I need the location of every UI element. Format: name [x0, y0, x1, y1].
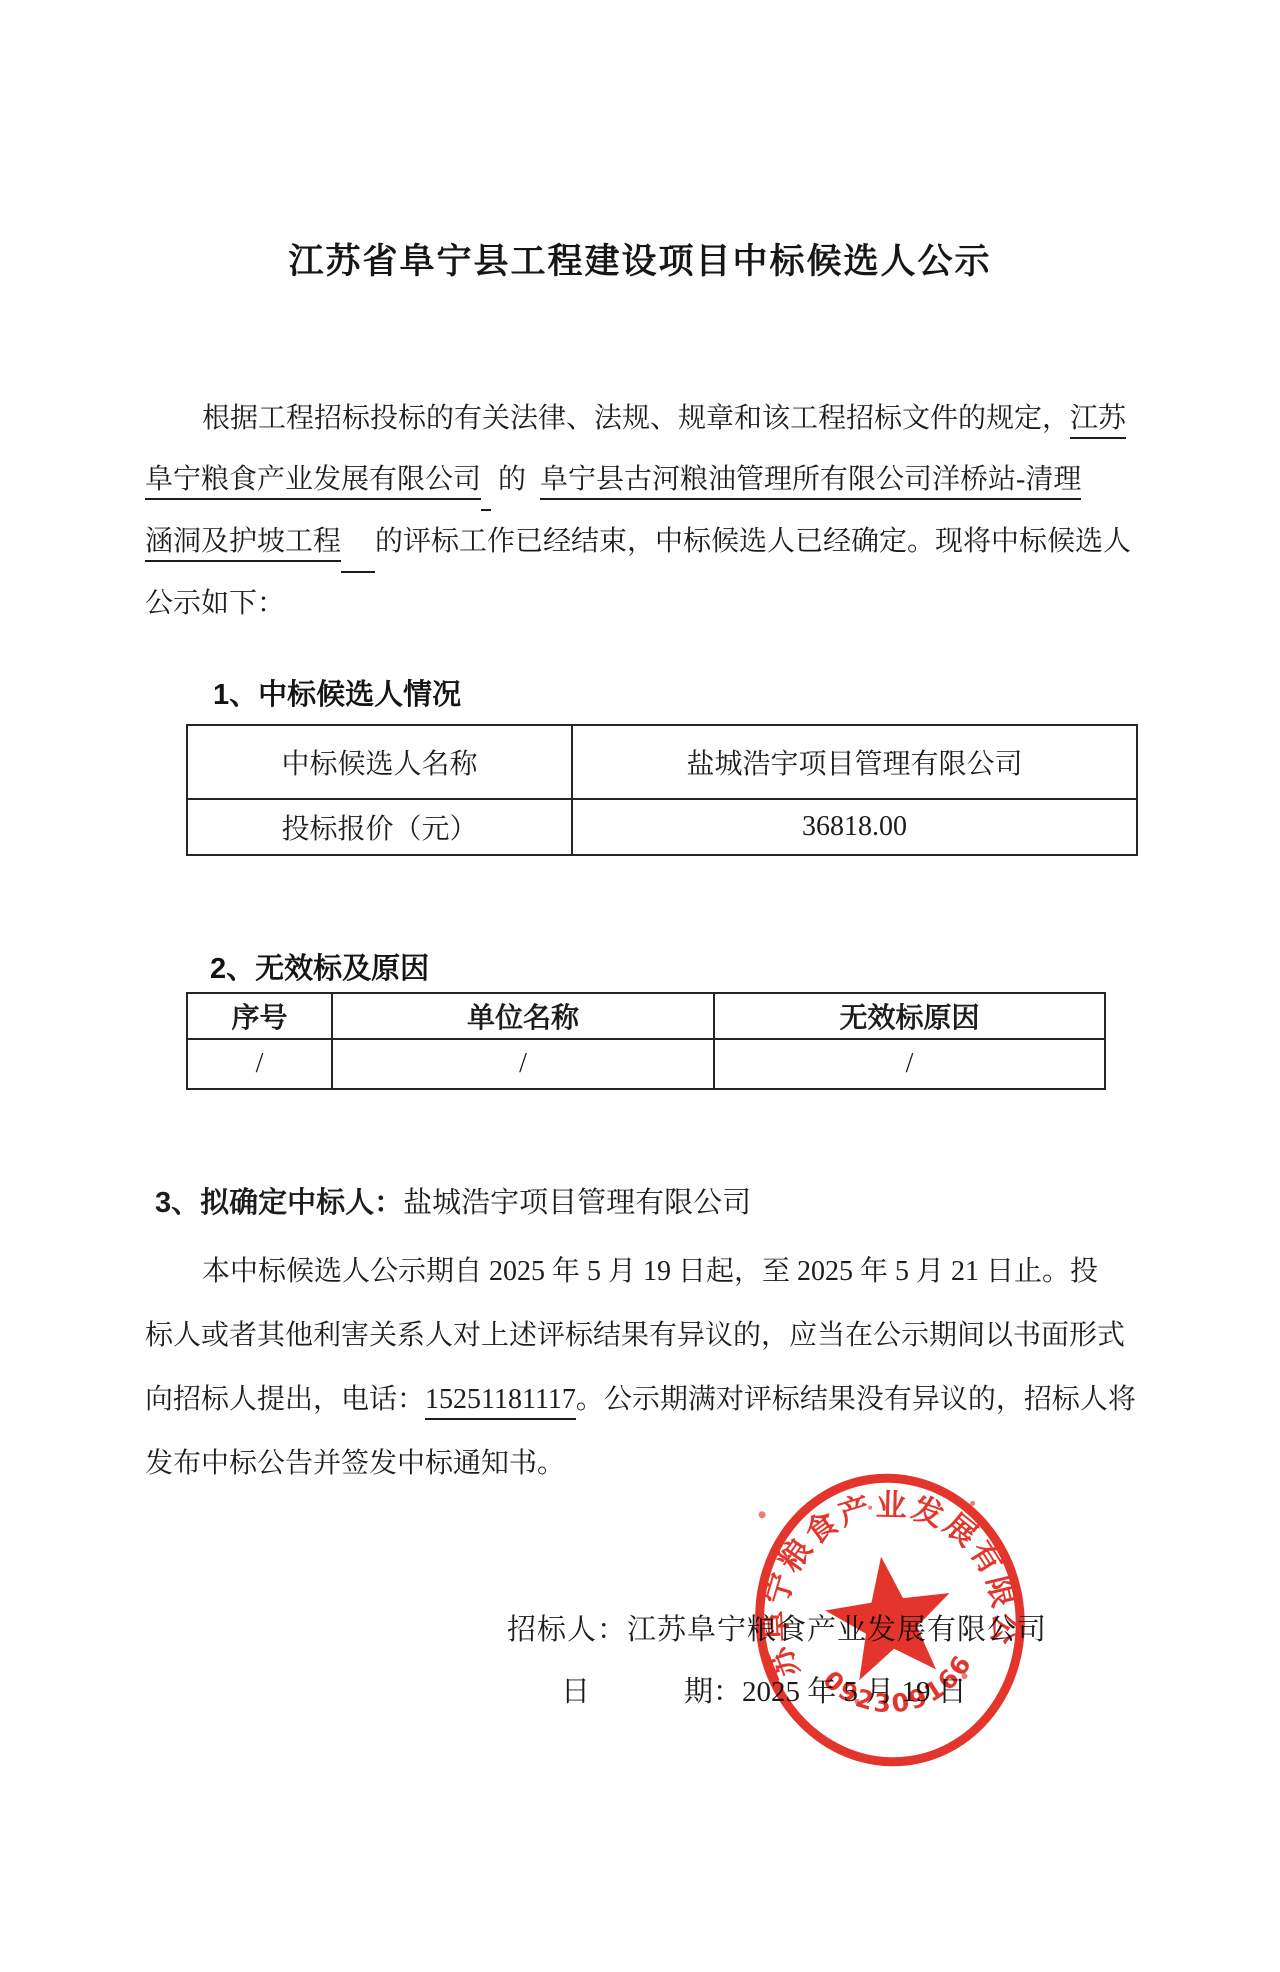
closing-text: 本中标候选人公示期自 2025 年 5 月 19 日起，至 2025 年 5 月…	[202, 1256, 1098, 1287]
closing-text: 。公示期满对评标结果没有异议的，招标人将	[576, 1384, 1136, 1415]
table-row: 投标报价（元） 36818.00	[187, 799, 1137, 855]
proposed-winner-label: 3、拟确定中标人：	[155, 1187, 403, 1219]
underlined-project-name-cont: 涵洞及护坡工程	[145, 526, 341, 562]
underlined-company-prefix: 江苏	[1070, 403, 1126, 439]
closing-text: 标人或者其他利害关系人对上述评标结果有异议的，应当在公示期间以书面形式	[145, 1320, 1125, 1351]
cell-reason: /	[714, 1039, 1105, 1089]
intro-paragraph: 根据工程招标投标的有关法律、法规、规章和该工程招标文件的规定，江苏 阜宁粮食产业…	[145, 388, 1155, 634]
cell-serial: /	[187, 1039, 332, 1089]
intro-line-1: 根据工程招标投标的有关法律、法规、规章和该工程招标文件的规定，江苏	[145, 388, 1155, 449]
col-header-serial: 序号	[187, 993, 332, 1039]
section-2-heading: 2、无效标及原因	[210, 946, 429, 987]
page-title: 江苏省阜宁县工程建设项目中标候选人公示	[0, 234, 1280, 284]
bidder-label: 招标人：	[507, 1614, 627, 1646]
signature-bidder-line: 招标人：江苏阜宁粮食产业发展有限公司	[507, 1607, 1047, 1648]
intro-line-4: 公示如下：	[145, 573, 1155, 634]
table-header-row: 序号 单位名称 无效标原因	[187, 993, 1105, 1039]
closing-text: 发布中标公告并签发中标通知书。	[145, 1448, 565, 1479]
invalid-bids-table: 序号 单位名称 无效标原因 / / /	[186, 992, 1106, 1090]
intro-text: 根据工程招标投标的有关法律、法规、规章和该工程招标文件的规定，	[202, 403, 1070, 434]
col-header-unit-name: 单位名称	[332, 993, 714, 1039]
date-value: 2025 年 5 月 19 日	[742, 1676, 967, 1708]
cell-unit-name: /	[332, 1039, 714, 1089]
phone-number: 15251181117	[425, 1384, 576, 1420]
underline-extension	[341, 543, 375, 573]
date-label-part2: 期：	[684, 1676, 742, 1708]
closing-text: 向招标人提出，电话：	[145, 1384, 425, 1415]
table-row: 中标候选人名称 盐城浩宇项目管理有限公司	[187, 725, 1137, 799]
section-3-heading: 3、拟确定中标人：盐城浩宇项目管理有限公司	[155, 1180, 751, 1221]
col-header-reason: 无效标原因	[714, 993, 1105, 1039]
underline-extension	[481, 481, 491, 511]
signature-date-line: 日期：2025 年 5 月 19 日	[561, 1669, 967, 1710]
intro-line-2: 阜宁粮食产业发展有限公司 的 阜宁县古河粮油管理所有限公司洋桥站-清理	[145, 449, 1155, 511]
bid-price-label: 投标报价（元）	[187, 799, 572, 855]
intro-text: 公示如下：	[145, 588, 285, 619]
closing-line-4: 发布中标公告并签发中标通知书。	[145, 1432, 1155, 1496]
bidder-value: 江苏阜宁粮食产业发展有限公司	[627, 1614, 1047, 1646]
winning-candidate-table: 中标候选人名称 盐城浩宇项目管理有限公司 投标报价（元） 36818.00	[186, 724, 1138, 856]
closing-line-2: 标人或者其他利害关系人对上述评标结果有异议的，应当在公示期间以书面形式	[145, 1304, 1155, 1368]
closing-paragraph: 本中标候选人公示期自 2025 年 5 月 19 日起，至 2025 年 5 月…	[145, 1240, 1155, 1496]
proposed-winner-value: 盐城浩宇项目管理有限公司	[403, 1187, 751, 1219]
bid-price-value: 36818.00	[572, 799, 1137, 855]
candidate-name-label: 中标候选人名称	[187, 725, 572, 799]
candidate-name-value: 盐城浩宇项目管理有限公司	[572, 725, 1137, 799]
section-1-heading: 1、中标候选人情况	[213, 672, 461, 713]
underlined-tenderer-name: 阜宁粮食产业发展有限公司	[145, 464, 481, 500]
intro-text: 的评标工作已经结束，中标候选人已经确定。现将中标候选人	[375, 526, 1131, 557]
closing-line-3: 向招标人提出，电话：15251181117。公示期满对评标结果没有异议的，招标人…	[145, 1368, 1155, 1432]
intro-text: 的	[498, 464, 526, 495]
table-row: / / /	[187, 1039, 1105, 1089]
underlined-project-name: 阜宁县古河粮油管理所有限公司洋桥站-清理	[540, 464, 1081, 500]
closing-line-1: 本中标候选人公示期自 2025 年 5 月 19 日起，至 2025 年 5 月…	[145, 1240, 1155, 1304]
date-label-part1: 日	[561, 1676, 590, 1708]
intro-line-3: 涵洞及护坡工程的评标工作已经结束，中标候选人已经确定。现将中标候选人	[145, 511, 1155, 573]
